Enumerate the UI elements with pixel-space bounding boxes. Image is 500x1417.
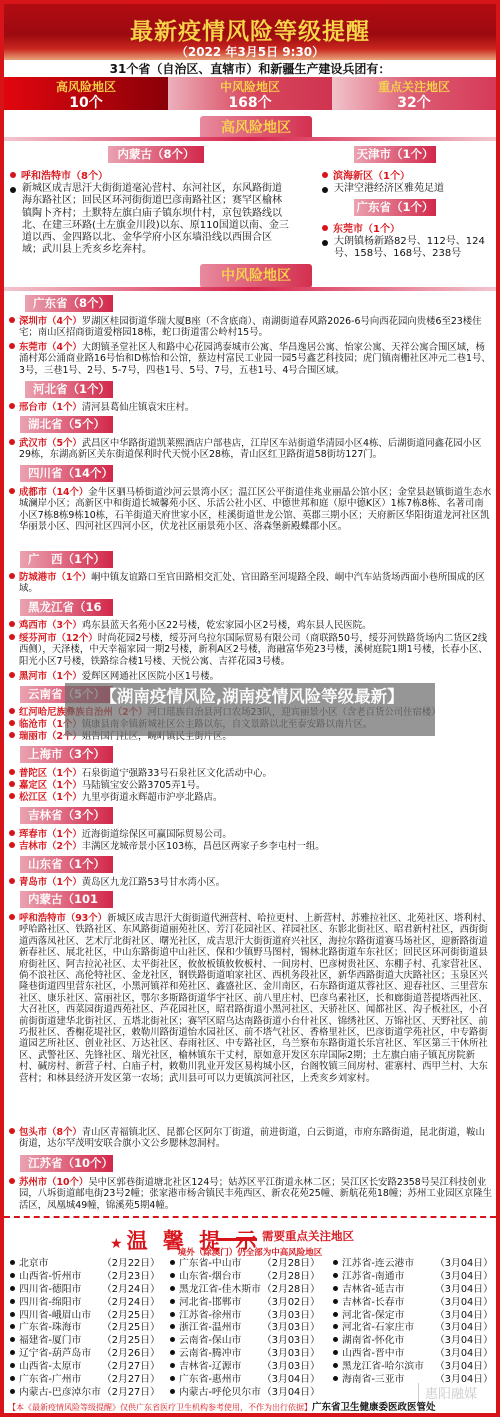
bullet-icon bbox=[170, 1273, 175, 1278]
city-name: 松江区（1个） bbox=[19, 792, 82, 803]
tip-item: 江苏省-徐州市（3月03日） bbox=[170, 1310, 330, 1323]
city-entry: 东莞市（4个）大朗镇圣堂社区人和路中心花园鸿泰城市公寓、华昌逸居公寓、怡家公寓、… bbox=[9, 342, 493, 376]
tip-place: 吉林省-长春市 bbox=[342, 1297, 404, 1308]
tip-date: （2月28日） bbox=[262, 1271, 320, 1284]
bullet-icon bbox=[10, 1312, 15, 1317]
tip-item: 北京市（2月22日） bbox=[10, 1258, 170, 1271]
footer: 【本《最新疫情风险等级提醒》仅供广东省医疗卫生机构参考使用，不作为出行依据】广东… bbox=[8, 1399, 496, 1413]
poster-header: 最新疫情风险等级提醒 （2022 年3月5日 9:30） bbox=[4, 4, 496, 60]
tip-place: 云南省-腾冲市 bbox=[179, 1348, 241, 1359]
bullet-icon bbox=[9, 343, 15, 349]
bullet-icon bbox=[10, 1376, 15, 1381]
bullet-icon bbox=[9, 1178, 15, 1184]
tip-date: （2月26日） bbox=[102, 1348, 160, 1361]
city-entry: 成都市（14个）金牛区驷马桥街道沙河云景湾小区；温江区公平街道佳兆业丽晶公馆小区… bbox=[9, 487, 493, 533]
mid-risk-section-title: 中风险地区 bbox=[200, 264, 312, 288]
bullet-icon bbox=[170, 1350, 175, 1355]
bullet-icon bbox=[9, 488, 15, 494]
bullet-icon bbox=[170, 1312, 175, 1317]
area-text: 新城区成吉思汗大街街道毫沁营村、东河社区，东风路街道海东路社区；回民区环河街街道… bbox=[22, 183, 289, 255]
bullet-icon bbox=[9, 573, 15, 579]
tip-date: （2月22日） bbox=[102, 1258, 160, 1271]
tip-date: （3月03日） bbox=[262, 1310, 320, 1323]
tip-place: 四川省-德阳市 bbox=[19, 1284, 81, 1295]
tip-place: 河北省-保定市 bbox=[342, 1310, 404, 1321]
caption-text: 【湖南疫情风险,湖南疫情风险等级最新】 bbox=[77, 686, 427, 708]
area-text: 金牛区驷马桥街道沙河云景湾小区；温江区公平街道佳兆业丽晶公馆小区；金堂县赵镇街道… bbox=[19, 487, 491, 532]
area-text: 九里亭街道永辉超市沪亭北路店。 bbox=[82, 792, 223, 803]
area-text: 清河县葛仙庄镇袁宋庄村。 bbox=[82, 402, 195, 413]
tip-place: 山西省-晋中市 bbox=[342, 1348, 404, 1359]
tips-column-1: 北京市（2月22日）山西省-忻州市（2月23日）四川省-德阳市（2月24日）四川… bbox=[10, 1258, 170, 1400]
tip-date: （3月04日） bbox=[435, 1258, 493, 1271]
tip-item: 江苏省-南通市（3月04日） bbox=[333, 1271, 496, 1284]
bullet-icon bbox=[10, 1363, 15, 1368]
tip-place: 山西省-忻州市 bbox=[19, 1271, 81, 1282]
province-tag: 内蒙古（101个） bbox=[20, 891, 113, 908]
tip-date: （2月25日） bbox=[102, 1335, 160, 1348]
area-text: 大朗镇杨新路82号、112号、124号、158号、168号、238号 bbox=[334, 236, 485, 259]
stat-mid-risk: 中风险地区 168个 bbox=[168, 77, 332, 110]
tip-item: 吉林省-长春市（3月04日） bbox=[333, 1297, 496, 1310]
bullet-icon bbox=[10, 187, 16, 193]
city-name: 黑河市（1个） bbox=[19, 671, 82, 682]
bullet-icon bbox=[9, 781, 15, 787]
bullet-icon bbox=[9, 720, 15, 726]
tip-date: （2月27日） bbox=[102, 1374, 160, 1387]
bullet-icon bbox=[170, 1363, 175, 1368]
bullet-icon bbox=[9, 439, 15, 445]
tip-item: 浙江省-温州市（3月03日） bbox=[170, 1322, 330, 1335]
stat-value: 10个 bbox=[4, 95, 168, 111]
source: 广东省卫生健康委医政医管处 bbox=[312, 1402, 436, 1413]
bullet-icon bbox=[333, 1273, 338, 1278]
tip-item: 山东省-烟台市（2月28日） bbox=[170, 1271, 330, 1284]
city-entry: 武汉市（5个）武昌区中华路街道凯莱熙酒店户部巷店，江岸区车站街道华清园小区4栋、… bbox=[9, 438, 493, 461]
tip-date: （2月27日） bbox=[102, 1361, 160, 1374]
summary-line: 31个省（自治区、直辖市）和新疆生产建设兵团有： bbox=[4, 60, 496, 77]
bullet-icon bbox=[170, 1389, 175, 1394]
tip-date: （3月04日） bbox=[435, 1271, 493, 1284]
tip-date: （3月04日） bbox=[435, 1284, 493, 1297]
area-text: 罗湖区桂园街道华瑞大厦B座（不含底商）、南湖街道春风路2026-6号向西花园向贵… bbox=[19, 316, 482, 338]
title-dash bbox=[217, 1238, 257, 1241]
province-tag: 广东省（1个） bbox=[354, 199, 436, 216]
bullet-icon bbox=[170, 1299, 175, 1304]
tip-date: （3月04日） bbox=[435, 1348, 493, 1361]
province-tag: 上海市（3个） bbox=[20, 746, 113, 763]
risk-stats: 高风险地区 10个 中风险地区 168个 重点关注地区 32个 bbox=[4, 77, 496, 110]
tip-date: （2月28日） bbox=[262, 1258, 320, 1271]
tip-place: 黑龙江省-哈尔滨市 bbox=[342, 1361, 424, 1372]
tip-place: 云南省-保山市 bbox=[179, 1335, 241, 1346]
dashed-divider bbox=[4, 1216, 496, 1218]
city-name: 苏州市（10个） bbox=[19, 1177, 88, 1188]
tip-place: 山西省-太原市 bbox=[19, 1361, 81, 1372]
bullet-icon bbox=[333, 1363, 338, 1368]
bullet-icon bbox=[333, 1376, 338, 1381]
city-name: 东莞市（1个） bbox=[333, 224, 400, 235]
tip-place: 湖南省-怀化市 bbox=[342, 1335, 404, 1346]
tip-item: 河北省-保定市（3月04日） bbox=[333, 1310, 496, 1323]
province-tag: 河北省（1个） bbox=[25, 381, 113, 398]
province-tag: 广 西（1个） bbox=[20, 551, 113, 568]
city-name: 鸡西市（3个） bbox=[19, 620, 82, 631]
tip-place: 江苏省-连云港市 bbox=[342, 1258, 414, 1269]
tip-date: （2月25日） bbox=[102, 1322, 160, 1335]
area-text: 丰满区龙城帝景小区103栋，昌邑区两家子乡李屯村一组。 bbox=[82, 841, 325, 852]
tip-place: 江苏省-徐州市 bbox=[179, 1310, 241, 1321]
tip-item: 四川省-德阳市（2月24日） bbox=[10, 1284, 170, 1297]
tip-item: 黑龙江省-佳木斯市（2月28日） bbox=[170, 1284, 330, 1297]
caption-overlay: 【湖南疫情风险,湖南疫情风险等级最新】 bbox=[65, 683, 435, 736]
section-divider bbox=[4, 287, 496, 291]
city-entry: 苏州市（10个）吴中区郭巷街道塘北社区124号；姑苏区平江街道永林二区；吴江区长… bbox=[9, 1177, 493, 1211]
tip-item: 内蒙古-巴彦淖尔市（2月27日） bbox=[10, 1387, 170, 1400]
bullet-icon bbox=[322, 225, 328, 231]
bullet-icon bbox=[333, 1299, 338, 1304]
bullet-icon bbox=[10, 1324, 15, 1329]
tip-date: （3月04日） bbox=[435, 1361, 493, 1374]
bullet-icon bbox=[9, 793, 15, 799]
tip-date: （2月27日） bbox=[102, 1387, 160, 1400]
stat-label: 中风险地区 bbox=[168, 78, 332, 95]
tip-item: 广东省-珠海市（2月25日） bbox=[10, 1322, 170, 1335]
tip-place: 黑龙江省-佳木斯市 bbox=[179, 1284, 261, 1295]
area-text: 爱辉区网通社区医院小区1号楼。 bbox=[82, 671, 219, 682]
city-name: 嘉定区（1个） bbox=[19, 780, 82, 791]
area-text: 吴中区郭巷街道塘北社区124号；姑苏区平江街道永林二区；吴江区长安路2358号吴… bbox=[19, 1177, 492, 1211]
tip-item: 广东省-中山市（2月28日） bbox=[170, 1258, 330, 1271]
area-text: 大朗镇圣堂社区人和路中心花园鸿泰城市公寓、华昌逸居公寓、怡家公寓、天祥公寓合围区… bbox=[19, 342, 491, 376]
tip-place: 广东省-中山市 bbox=[179, 1258, 241, 1269]
stat-focus-area: 重点关注地区 32个 bbox=[332, 77, 496, 110]
city-entry: 邢台市（1个）清河县葛仙庄镇袁宋庄村。 bbox=[9, 402, 493, 413]
stat-value: 32个 bbox=[332, 95, 496, 111]
stat-label: 重点关注地区 bbox=[332, 78, 496, 95]
bullet-icon bbox=[322, 172, 328, 178]
disclaimer: 【本《最新疫情风险等级提醒》仅供广东省医疗卫生机构参考使用，不作为出行依据】 bbox=[8, 1403, 312, 1412]
city-entry: 青岛市（1个）黄岛区九龙江路53号甘水湾小区。 bbox=[9, 877, 493, 888]
tips-column-2: 广东省-中山市（2月28日）山东省-烟台市（2月28日）黑龙江省-佳木斯市（2月… bbox=[170, 1258, 330, 1400]
tip-place: 四川省-峨眉山市 bbox=[19, 1310, 91, 1321]
tip-place: 吉林省-延吉市 bbox=[342, 1284, 404, 1295]
tip-date: （2月24日） bbox=[102, 1297, 160, 1310]
tip-item: 辽宁省-葫芦岛市（2月26日） bbox=[10, 1348, 170, 1361]
province-tag: 山东省（1个） bbox=[20, 856, 113, 873]
tip-place: 吉林省-辽源市 bbox=[179, 1361, 241, 1372]
tip-item: 江苏省-连云港市（3月04日） bbox=[333, 1258, 496, 1271]
bullet-icon bbox=[9, 403, 15, 409]
province-tag: 黑龙江省（16个） bbox=[20, 599, 113, 616]
tip-place: 辽宁省-葫芦岛市 bbox=[19, 1348, 91, 1359]
bullet-icon bbox=[333, 1350, 338, 1355]
tip-date: （3月04日） bbox=[435, 1335, 493, 1348]
bullet-icon bbox=[10, 1286, 15, 1291]
bullet-icon bbox=[9, 1128, 15, 1134]
city-name: 防城港市（1个） bbox=[19, 572, 91, 583]
city-entry: 普陀区（1个）石泉街道宁强路33号石泉社区文化活动中心。 bbox=[9, 768, 493, 779]
city-name: 青岛市（1个） bbox=[19, 877, 82, 888]
poster-date: （2022 年3月5日 9:30） bbox=[4, 43, 496, 60]
tips-note: 境外（除澳门）仍全部为中高风险地区 bbox=[0, 1246, 500, 1258]
tip-item: 四川省-绵阳市（2月24日） bbox=[10, 1297, 170, 1310]
area-text: 马陆镇宝安公路3705弄1号。 bbox=[82, 780, 206, 791]
bullet-icon bbox=[9, 672, 15, 678]
province-tag: 广东省（8个） bbox=[25, 295, 113, 312]
tip-item: 四川省-峨眉山市（2月25日） bbox=[10, 1310, 170, 1323]
tip-place: 浙江省-温州市 bbox=[179, 1322, 241, 1333]
bullet-icon bbox=[9, 708, 15, 714]
bullet-icon bbox=[333, 1324, 338, 1329]
tip-item: 山西省-太原市（2月27日） bbox=[10, 1361, 170, 1374]
tip-item: 广东省-惠州市（3月04日） bbox=[170, 1374, 330, 1387]
tip-item: 黑龙江省-哈尔滨市（3月04日） bbox=[333, 1361, 496, 1374]
tips-column-3: 江苏省-连云港市（3月04日）江苏省-南通市（3月04日）吉林省-延吉市（3月0… bbox=[333, 1258, 496, 1387]
area-text: 青山区青福镇北区、昆都仑区阿尔丁街道，前进街道，白云街道，市府东路街道，昆北街道… bbox=[19, 1127, 485, 1149]
city-entry: 黑河市（1个）爱辉区网通社区医院小区1号楼。 bbox=[9, 671, 493, 682]
bullet-icon bbox=[9, 621, 15, 627]
city-name: 武汉市（5个） bbox=[19, 438, 82, 449]
tip-item: 山西省-忻州市（2月23日） bbox=[10, 1271, 170, 1284]
tip-place: 内蒙古-巴彦淖尔市 bbox=[19, 1387, 101, 1398]
city-heading: 呼和浩特市（8个） bbox=[10, 170, 108, 183]
bullet-icon bbox=[170, 1376, 175, 1381]
province-tag: 内蒙古（8个） bbox=[108, 146, 204, 163]
area-text: 黄岛区九龙江路53号甘水湾小区。 bbox=[82, 877, 225, 888]
city-entry: 呼和浩特市（93个）新城区成吉思汗大街街道代洲营村、哈拉更村、上新营村、苏雅拉社… bbox=[9, 913, 493, 1084]
tip-place: 河北省-石家庄市 bbox=[342, 1322, 414, 1333]
city-entry: 松江区（1个）九里亭街道永辉超市沪亭北路店。 bbox=[9, 792, 493, 803]
province-tag: 吉林省（3个） bbox=[20, 807, 113, 824]
city-heading: 东莞市（1个） bbox=[322, 223, 400, 236]
bullet-icon bbox=[170, 1286, 175, 1291]
area-list: 大朗镇杨新路82号、112号、124号、158号、168号、238号 bbox=[322, 236, 494, 261]
tip-date: （3月02日） bbox=[262, 1297, 320, 1310]
city-name: 珲春市（1个） bbox=[19, 829, 82, 840]
bullet-icon bbox=[9, 317, 15, 323]
tip-place: 广东省-珠海市 bbox=[19, 1322, 81, 1333]
bullet-icon bbox=[170, 1260, 175, 1265]
area-text: 新城区成吉思汗大街街道代洲营村、哈拉更村、上新营村、苏雅拉社区、北苑社区、塔利村… bbox=[19, 913, 491, 1084]
city-entry: 嘉定区（1个）马陆镇宝安公路3705弄1号。 bbox=[9, 780, 493, 791]
bullet-icon bbox=[333, 1260, 338, 1265]
tip-item: 山西省-晋中市（3月04日） bbox=[333, 1348, 496, 1361]
bullet-icon bbox=[9, 769, 15, 775]
area-text: 石泉街道宁强路33号石泉社区文化活动中心。 bbox=[82, 768, 272, 779]
poster-title: 最新疫情风险等级提醒 bbox=[4, 13, 496, 46]
tips-subtitle: 需要重点关注地区 bbox=[262, 1228, 354, 1244]
stat-value: 168个 bbox=[168, 95, 332, 111]
area-text: 鸡东县蓝天名苑小区22号楼，乾宏家园小区2号楼，鸡东县人民医院。 bbox=[82, 620, 372, 631]
tip-date: （2月24日） bbox=[102, 1284, 160, 1297]
tip-place: 福建省-厦门市 bbox=[19, 1335, 81, 1346]
tip-date: （3月04日） bbox=[435, 1297, 493, 1310]
area-list: 天津空港经济区雅苑足道 bbox=[322, 183, 494, 195]
bullet-icon bbox=[170, 1337, 175, 1342]
city-entry: 吉林市（2个）丰满区龙城帝景小区103栋，昌邑区两家子乡李屯村一组。 bbox=[9, 841, 493, 852]
tip-date: （3月03日） bbox=[262, 1322, 320, 1335]
tip-place: 河北省-邯郸市 bbox=[179, 1297, 241, 1308]
tip-item: 吉林省-辽源市（3月03日） bbox=[170, 1361, 330, 1374]
province-tag: 江苏省（10个） bbox=[20, 1155, 113, 1172]
area-text: 天津空港经济区雅苑足道 bbox=[334, 183, 444, 194]
tip-place: 江苏省-南通市 bbox=[342, 1271, 404, 1282]
city-entry: 防城港市（1个）峒中镇友谊路口至官田路相交汇处、官田路至河堤路全段、峒中汽车站货… bbox=[9, 572, 493, 595]
bullet-icon bbox=[10, 1299, 15, 1304]
tip-date: （3月04日） bbox=[435, 1310, 493, 1323]
tip-date: （3月04日） bbox=[262, 1374, 320, 1387]
tip-date: （3月03日） bbox=[262, 1361, 320, 1374]
city-entry: 绥芬河市（12个）时尚花园2号楼，绥芬河乌拉尔国际贸易有限公司（商联路50号，绥… bbox=[9, 633, 493, 667]
city-name: 呼和浩特市（8个） bbox=[21, 171, 108, 182]
bullet-icon bbox=[9, 878, 15, 884]
city-name: 吉林市（2个） bbox=[19, 841, 82, 852]
tip-date: （2月25日） bbox=[102, 1310, 160, 1323]
province-tag: 天津市（1个） bbox=[354, 146, 436, 163]
city-entry: 鸡西市（3个）鸡东县蓝天名苑小区22号楼，乾宏家园小区2号楼，鸡东县人民医院。 bbox=[9, 620, 493, 631]
bullet-icon bbox=[10, 1273, 15, 1278]
tip-item: 内蒙古-呼伦贝尔市（3月04日） bbox=[170, 1387, 330, 1400]
tip-item: 云南省-腾冲市（3月03日） bbox=[170, 1348, 330, 1361]
tip-date: （3月03日） bbox=[262, 1335, 320, 1348]
section-divider bbox=[4, 137, 496, 141]
city-name: 邢台市（1个） bbox=[19, 402, 82, 413]
tip-date: （3月04日） bbox=[435, 1322, 493, 1335]
stat-label: 高风险地区 bbox=[4, 78, 168, 95]
bullet-icon bbox=[9, 914, 15, 920]
area-list: 新城区成吉思汗大街街道毫沁营村、东河社区，东风路街道海东路社区；回民区环河街街道… bbox=[10, 183, 290, 257]
tip-item: 广东省-广州市（2月27日） bbox=[10, 1374, 170, 1387]
city-name: 滨海新区（1个） bbox=[333, 171, 410, 182]
bullet-icon bbox=[10, 1350, 15, 1355]
tip-item: 吉林省-延吉市（3月04日） bbox=[333, 1284, 496, 1297]
area-text: 近海街道综保区可赢国际贸易公司。 bbox=[82, 829, 232, 840]
tip-item: 河北省-石家庄市（3月04日） bbox=[333, 1322, 496, 1335]
bullet-icon bbox=[9, 830, 15, 836]
bullet-icon bbox=[333, 1286, 338, 1291]
city-entry: 珲春市（1个）近海街道综保区可赢国际贸易公司。 bbox=[9, 829, 493, 840]
bullet-icon bbox=[170, 1324, 175, 1329]
city-name: 深圳市（4个） bbox=[19, 316, 82, 327]
tip-item: 湖南省-怀化市（3月04日） bbox=[333, 1335, 496, 1348]
tip-place: 内蒙古-呼伦贝尔市 bbox=[179, 1387, 261, 1398]
province-tag: 湖北省（5个） bbox=[20, 416, 113, 433]
city-name: 普陀区（1个） bbox=[19, 768, 82, 779]
city-entry: 包头市（8个）青山区青福镇北区、昆都仑区阿尔丁街道，前进街道，白云街道，市府东路… bbox=[9, 1127, 493, 1150]
province-tag: 四川省（14个） bbox=[20, 465, 113, 482]
tip-item: 福建省-厦门市（2月25日） bbox=[10, 1335, 170, 1348]
city-name: 绥芬河市（12个） bbox=[19, 633, 98, 644]
tip-place: 山东省-烟台市 bbox=[179, 1271, 241, 1282]
tip-place: 四川省-绵阳市 bbox=[19, 1297, 81, 1308]
city-heading: 滨海新区（1个） bbox=[322, 170, 410, 183]
tip-place: 北京市 bbox=[19, 1258, 48, 1269]
city-entry: 深圳市（4个）罗湖区桂园街道华瑞大厦B座（不含底商）、南湖街道春风路2026-6… bbox=[9, 316, 493, 339]
bullet-icon bbox=[333, 1337, 338, 1342]
bullet-icon bbox=[9, 732, 15, 738]
tip-date: （2月28日） bbox=[262, 1284, 320, 1297]
bullet-icon bbox=[10, 1337, 15, 1342]
bullet-icon bbox=[322, 187, 328, 193]
stat-high-risk: 高风险地区 10个 bbox=[4, 77, 168, 110]
bullet-icon bbox=[333, 1312, 338, 1317]
tip-item: 云南省-保山市（3月03日） bbox=[170, 1335, 330, 1348]
tip-place: 海南省-三亚市 bbox=[342, 1374, 404, 1385]
bullet-icon bbox=[9, 634, 15, 640]
bullet-icon bbox=[9, 842, 15, 848]
tip-date: （2月23日） bbox=[102, 1271, 160, 1284]
tip-item: 河北省-邯郸市（3月02日） bbox=[170, 1297, 330, 1310]
city-name: 包头市（8个） bbox=[19, 1127, 82, 1138]
tip-date: （3月03日） bbox=[262, 1348, 320, 1361]
tip-place: 广东省-广州市 bbox=[19, 1374, 81, 1385]
bullet-icon bbox=[10, 1389, 15, 1394]
bullet-icon bbox=[10, 172, 16, 178]
city-name: 呼和浩特市（93个） bbox=[19, 913, 107, 924]
tip-date: （3月04日） bbox=[262, 1387, 320, 1400]
bullet-icon bbox=[322, 240, 328, 246]
bullet-icon bbox=[10, 1260, 15, 1265]
tip-place: 广东省-惠州市 bbox=[179, 1374, 241, 1385]
area-text: 武昌区中华路街道凯莱熙酒店户部巷店，江岸区车站街道华清园小区4栋、后湖街道同鑫花… bbox=[19, 438, 482, 460]
city-name: 成都市（14个） bbox=[19, 487, 88, 498]
city-name: 东莞市（4个） bbox=[19, 342, 82, 353]
